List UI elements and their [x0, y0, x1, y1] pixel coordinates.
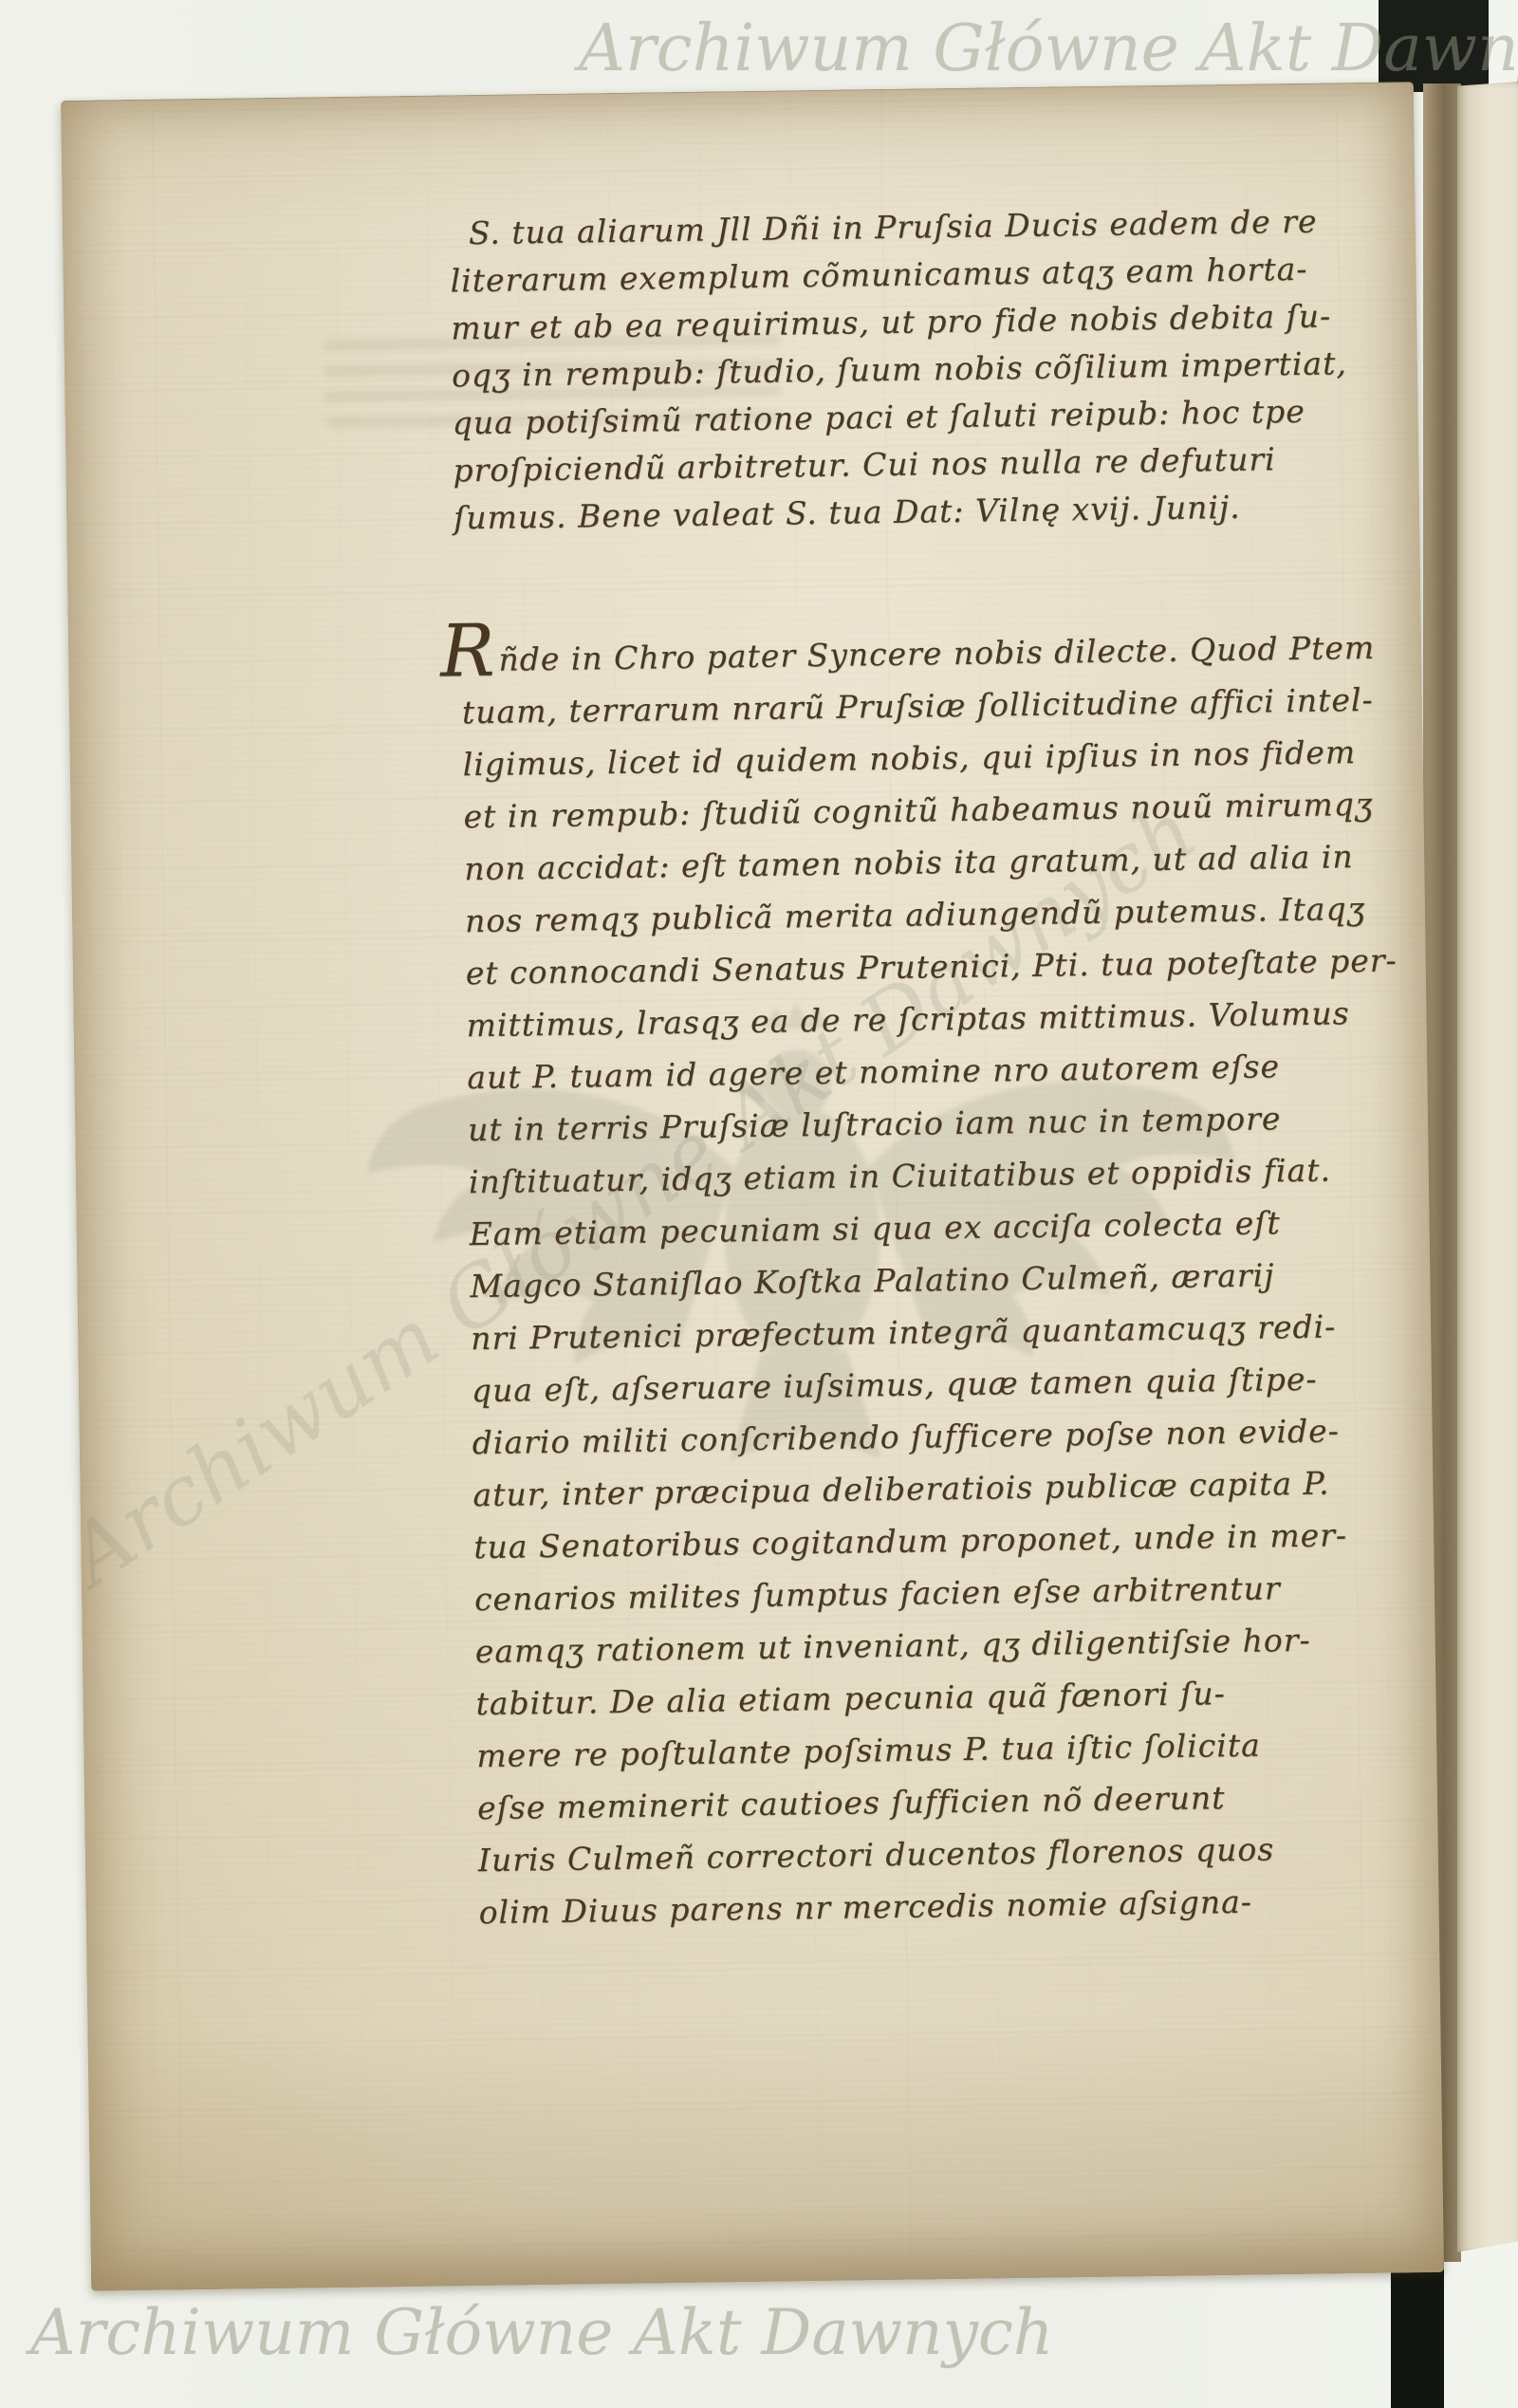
adjacent-page-edge [1457, 82, 1518, 2254]
archive-watermark-bottom: Archiwum Główne Akt Dawnych [30, 2296, 1053, 2369]
archive-scan: Archiwum Główne Akt Dawnych Archiwum Głó… [0, 0, 1518, 2408]
archive-watermark-top: Archiwum Główne Akt Dawnych [579, 11, 1518, 86]
manuscript-line-text: ñde in Chro pater Syncere nobis dilecte.… [498, 629, 1375, 678]
manuscript-paragraph-2: Rñde in Chro pater Syncere nobis dilecte… [440, 615, 1411, 1939]
manuscript-paragraph-1: S. tua aliarum Jll Dñi in Pruſsia Ducis … [450, 197, 1350, 542]
drop-cap-initial: R [440, 632, 496, 671]
binding-strip-top [1379, 0, 1489, 92]
manuscript-page: Archiwum Główne Akt Dawnych S. tua aliar… [61, 82, 1444, 2291]
binding-strip-bottom [1391, 2256, 1444, 2408]
